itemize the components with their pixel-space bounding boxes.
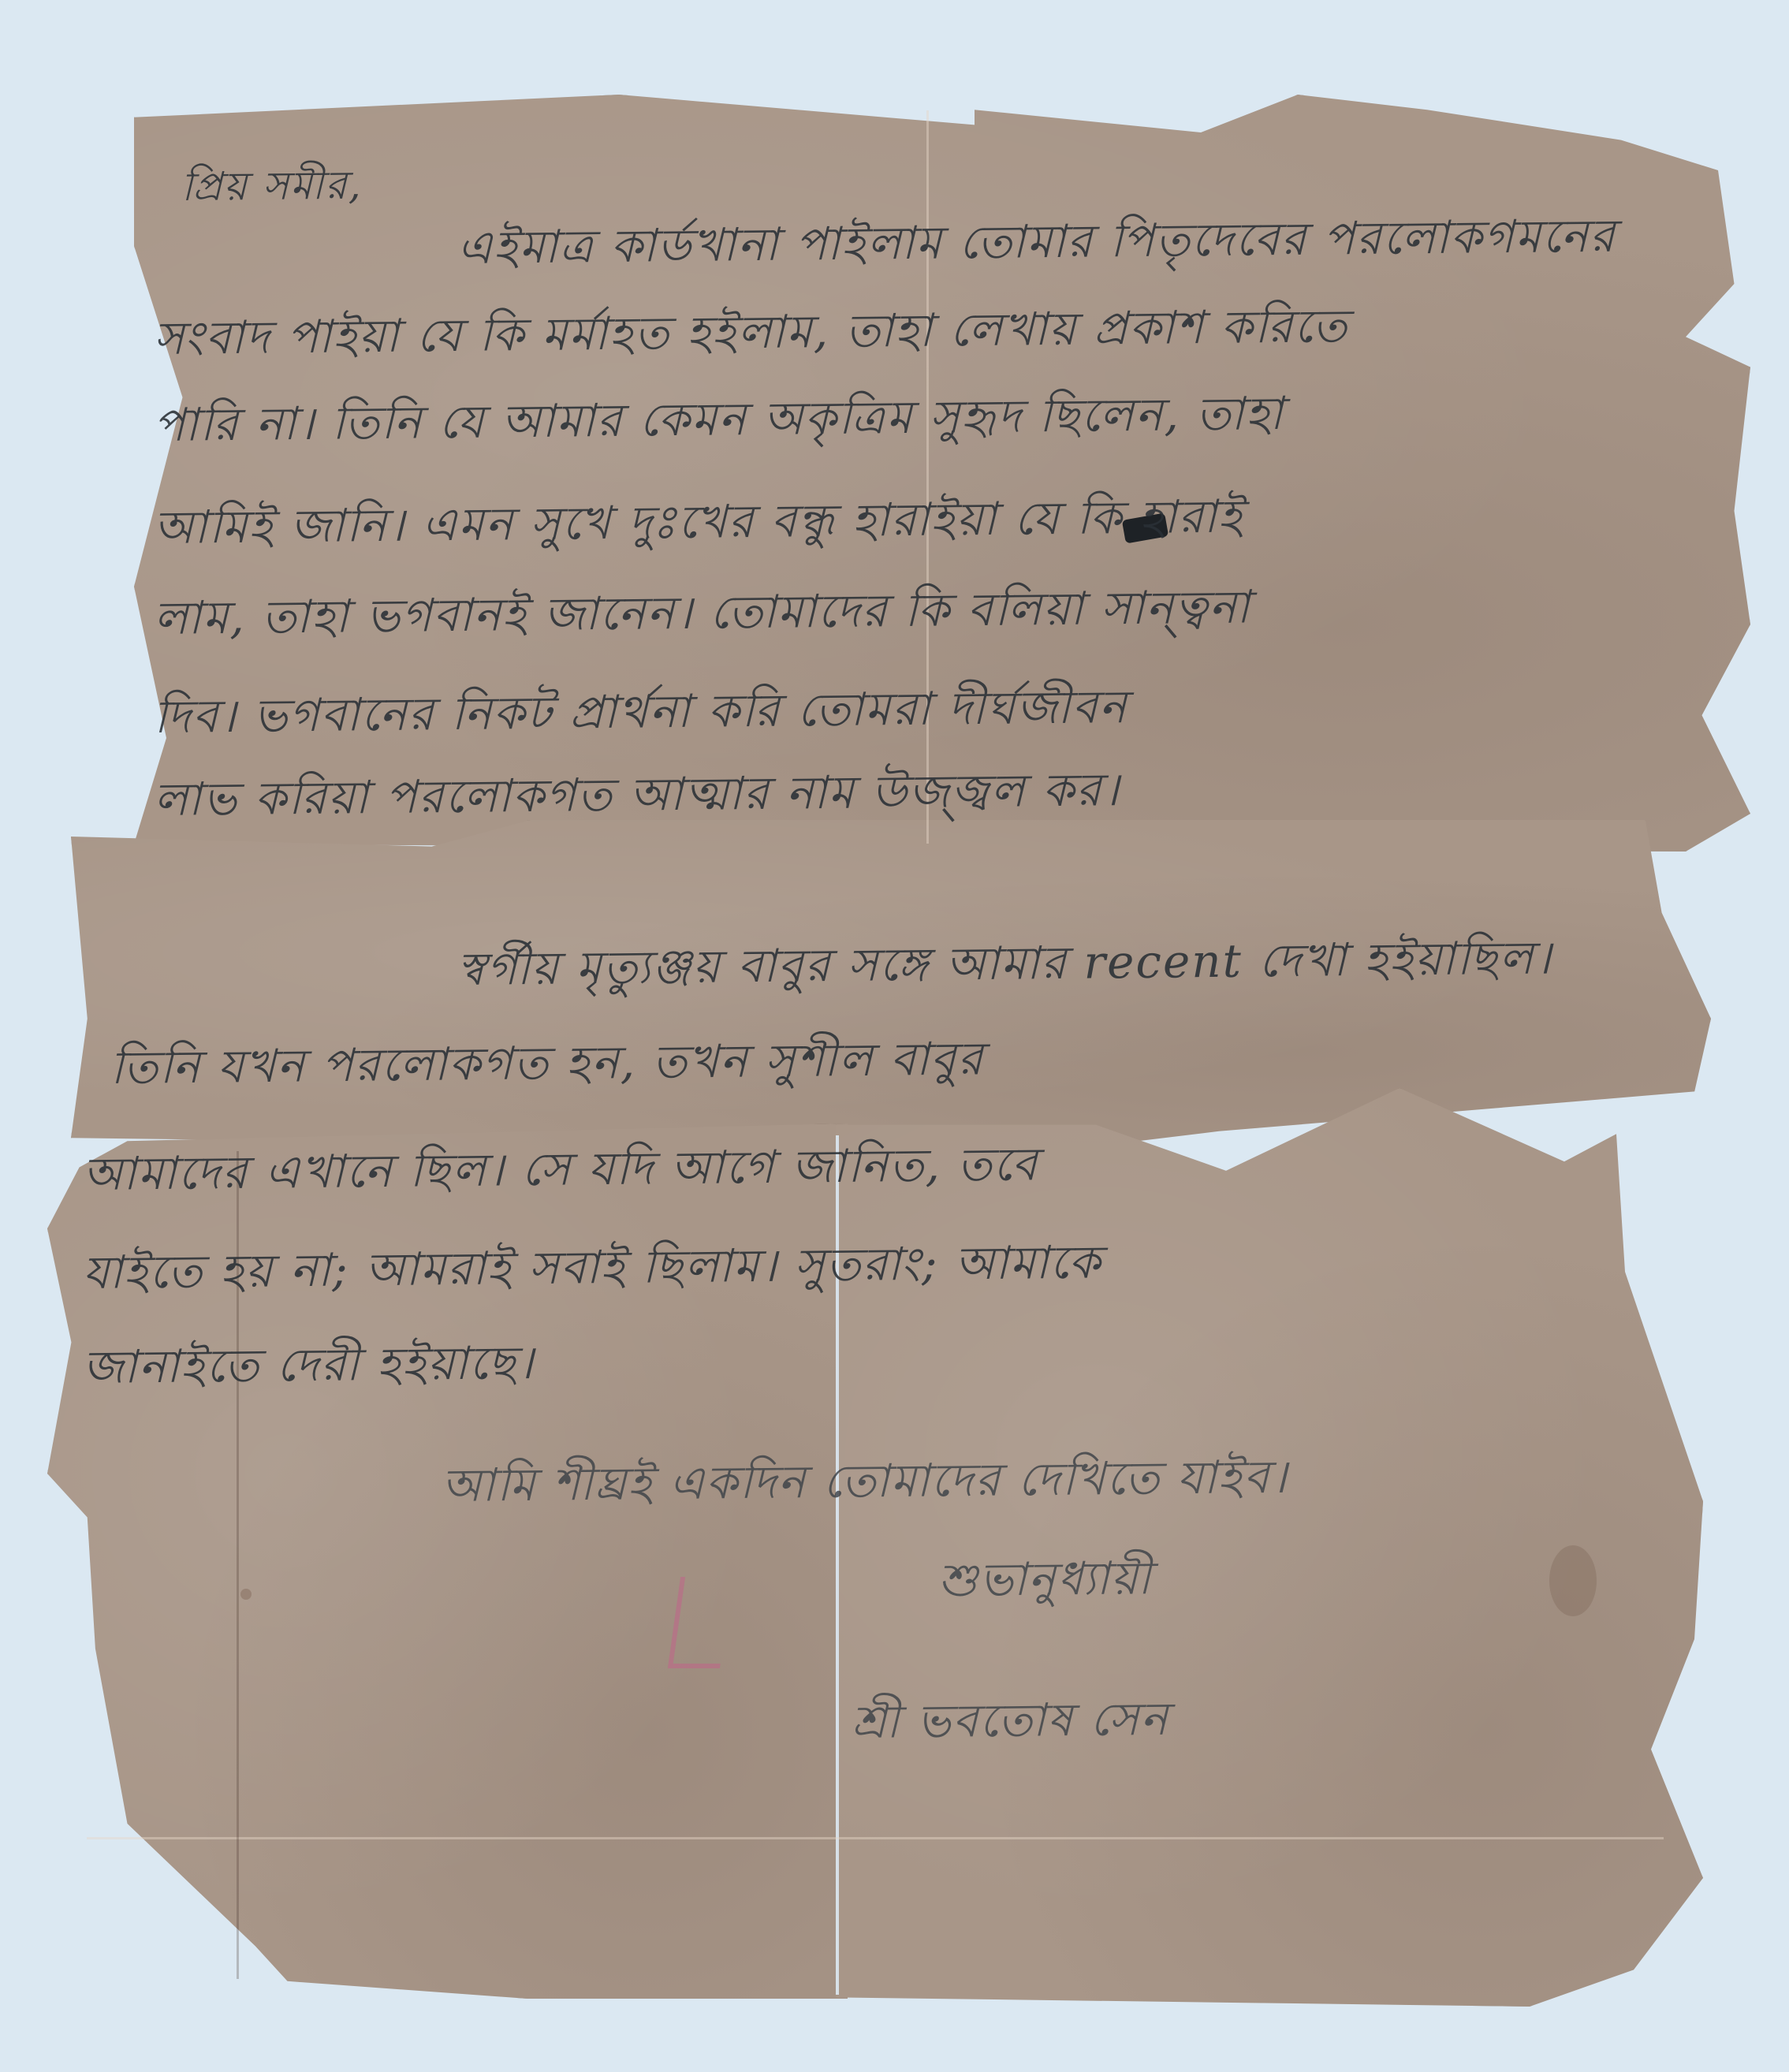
- letter-line: সংবাদ পাইয়া যে কি মর্মাহত হইলাম, তাহা ল…: [153, 291, 1348, 380]
- letter-line: তিনি যখন পরলোকগত হন, তখন সুশীল বাবুর: [110, 1023, 984, 1109]
- scanned-letter: প্রিয় সমীর, এইমাত্র কার্ডখানা পাইলাম তো…: [0, 0, 1789, 2072]
- letter-line: যাইতে হয় না; আমরাই সবাই ছিলাম। সুতরাং; …: [82, 1227, 1102, 1314]
- valediction: শুভানুধ্যায়ী: [937, 1543, 1153, 1622]
- signature: শ্রী ভবতোষ সেন: [851, 1684, 1169, 1764]
- letter-line: পারি না। তিনি যে আমার কেমন অকৃত্রিম সুহৃ…: [153, 378, 1284, 467]
- letter-line: লাম, তাহা ভগবানই জানেন। তোমাদের কি বলিয়…: [153, 572, 1251, 660]
- salutation: প্রিয় সমীর,: [181, 156, 363, 223]
- fold-crease-horizontal: [87, 1837, 1664, 1839]
- letter-line: লাভ করিয়া পরলোকগত আত্মার নাম উজ্জ্বল কর…: [153, 755, 1120, 841]
- closing-line: আমি শীঘ্রই একদিন তোমাদের দেখিতে যাইব।: [441, 1442, 1288, 1527]
- letter-line: দিব। ভগবানের নিকট প্রার্থনা করি তোমরা দী…: [153, 672, 1127, 758]
- letter-line: জানাইতে দেরী হইয়াছে।: [82, 1328, 535, 1409]
- letter-line: আমিই জানি। এমন সুখে দুঃখের বন্ধু হারাইয়…: [153, 482, 1243, 569]
- letter-line: এইমাত্র কার্ডখানা পাইলাম তোমার পিতৃদেবের…: [457, 201, 1616, 289]
- ink-spot: [240, 1589, 252, 1600]
- letter-line: স্বর্গীয় মৃত্যুঞ্জয় বাবুর সঙ্গে আমার r…: [457, 922, 1552, 1011]
- letter-line: আমাদের এখানে ছিল। সে যদি আগে জানিত, তবে: [82, 1129, 1038, 1216]
- stain-spot: [1549, 1545, 1597, 1616]
